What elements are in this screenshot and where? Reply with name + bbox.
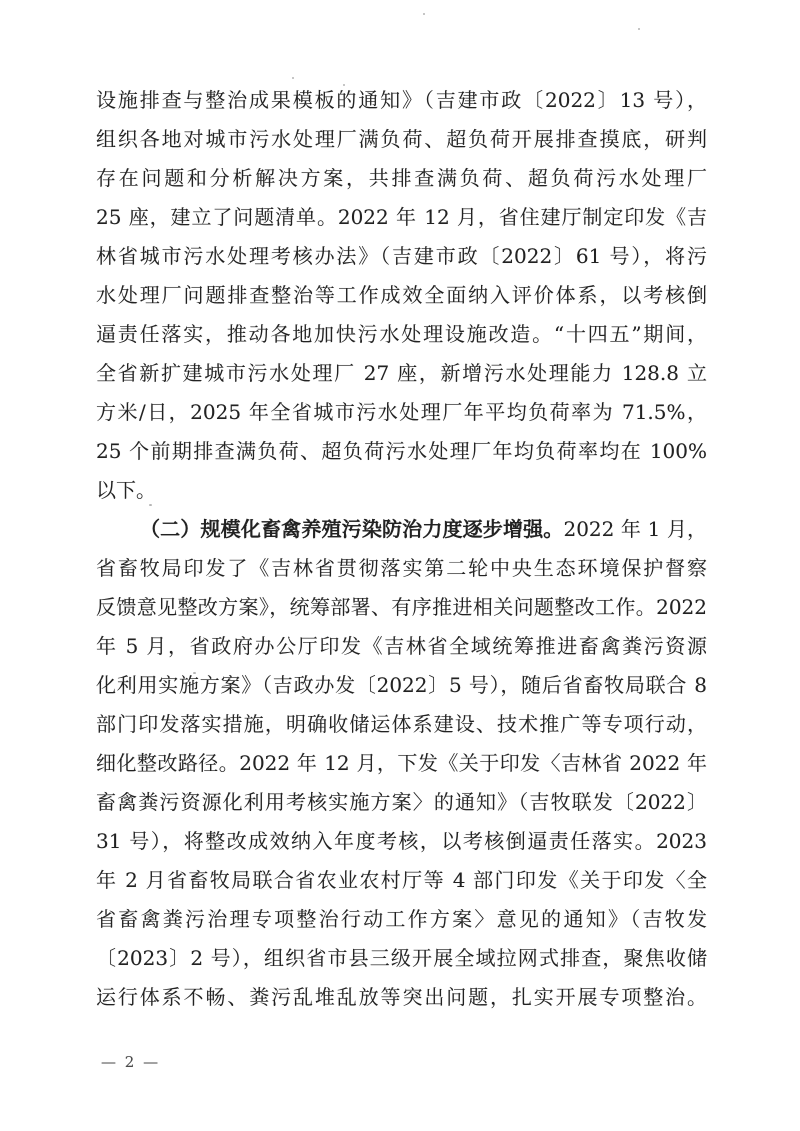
document-line: 反馈意见整改方案》，统筹部署、有序推进相关问题整改工作。2022 bbox=[96, 588, 707, 627]
document-line: 全省新扩建城市污水处理厂 27 座，新增污水处理能力 128.8 立 bbox=[96, 354, 707, 393]
text-segment: 设施排查与整治成果模板的通知》（吉建市政〔2022〕13 号）， bbox=[96, 88, 707, 112]
document-line: 逼责任落实，推动各地加快污水处理设施改造。“十四五”期间， bbox=[96, 315, 707, 354]
document-page: 设施排查与整治成果模板的通知》（吉建市政〔2022〕13 号），组织各地对城市污… bbox=[0, 0, 800, 1131]
document-line: 25 座，建立了问题清单。2022 年 12 月，省住建厅制定印发《吉 bbox=[96, 198, 707, 237]
page-number: — 2 — bbox=[101, 1049, 160, 1075]
text-segment: 省畜牧局印发了《吉林省贯彻落实第二轮中央生态环境保护督察 bbox=[96, 556, 707, 580]
document-line: 存在问题和分析解决方案，共排查满负荷、超负荷污水处理厂 bbox=[96, 159, 707, 198]
document-line: 畜禽粪污资源化利用考核实施方案〉的通知》（吉牧联发〔2022〕 bbox=[96, 783, 707, 822]
text-segment: 2022 年 1 月， bbox=[563, 517, 707, 541]
document-line: 31 号），将整改成效纳入年度考核，以考核倒逼责任落实。2023 bbox=[96, 822, 707, 861]
document-line: 25 个前期排查满负荷、超负荷污水处理厂年均负荷率均在 100% bbox=[96, 432, 707, 471]
text-segment: 组织各地对城市污水处理厂满负荷、超负荷开展排查摸底，研判 bbox=[96, 127, 707, 151]
text-segment: 细化整改路径。2022 年 12 月，下发《关于印发〈吉林省 2022 年 bbox=[96, 751, 707, 775]
text-segment: 运行体系不畅、粪污乱堆乱放等突出问题，扎实开展专项整治。 bbox=[96, 985, 707, 1009]
document-line: 细化整改路径。2022 年 12 月，下发《关于印发〈吉林省 2022 年 bbox=[96, 744, 707, 783]
document-line: 年 5 月，省政府办公厅印发《吉林省全域统筹推进畜禽粪污资源 bbox=[96, 627, 707, 666]
text-segment: 以下。 bbox=[96, 478, 156, 502]
document-line: 方米/日，2025 年全省城市污水处理厂年平均负荷率为 71.5%， bbox=[96, 393, 707, 432]
text-segment: 逼责任落实，推动各地加快污水处理设施改造。“十四五”期间， bbox=[96, 322, 707, 346]
text-segment: 25 个前期排查满负荷、超负荷污水处理厂年均负荷率均在 100% bbox=[96, 439, 707, 463]
document-line: 组织各地对城市污水处理厂满负荷、超负荷开展排查摸底，研判 bbox=[96, 120, 707, 159]
document-line: 省畜牧局印发了《吉林省贯彻落实第二轮中央生态环境保护督察 bbox=[96, 549, 707, 588]
text-segment: 反馈意见整改方案》，统筹部署、有序推进相关问题整改工作。2022 bbox=[96, 595, 707, 619]
document-line: 化利用实施方案》（吉政办发〔2022〕5 号），随后省畜牧局联合 8 bbox=[96, 666, 707, 705]
text-segment: 年 5 月，省政府办公厅印发《吉林省全域统筹推进畜禽粪污资源 bbox=[96, 634, 707, 658]
document-line: 林省城市污水处理考核办法》（吉建市政〔2022〕61 号），将污 bbox=[96, 237, 707, 276]
scan-speck bbox=[423, 13, 425, 15]
document-line: 部门印发落实措施，明确收储运体系建设、技术推广等专项行动， bbox=[96, 705, 707, 744]
document-line: 设施排查与整治成果模板的通知》（吉建市政〔2022〕13 号）， bbox=[96, 81, 707, 120]
heading-segment: （二）规模化畜禽养殖污染防治力度逐步增强。 bbox=[140, 517, 563, 541]
document-line: 以下。 bbox=[96, 471, 707, 510]
text-segment: 畜禽粪污资源化利用考核实施方案〉的通知》（吉牧联发〔2022〕 bbox=[96, 790, 707, 814]
scan-speck bbox=[638, 28, 640, 30]
document-line: （二）规模化畜禽养殖污染防治力度逐步增强。2022 年 1 月， bbox=[96, 510, 707, 549]
text-segment: 省畜禽粪污治理专项整治行动工作方案〉意见的通知》（吉牧发 bbox=[96, 907, 707, 931]
text-segment: 部门印发落实措施，明确收储运体系建设、技术推广等专项行动， bbox=[96, 712, 707, 736]
text-segment: 31 号），将整改成效纳入年度考核，以考核倒逼责任落实。2023 bbox=[96, 829, 707, 853]
document-line: 〔2023〕2 号），组织省市县三级开展全域拉网式排查，聚焦收储 bbox=[96, 939, 707, 978]
scan-speck bbox=[292, 77, 294, 79]
text-segment: 化利用实施方案》（吉政办发〔2022〕5 号），随后省畜牧局联合 8 bbox=[96, 673, 707, 697]
text-segment: 方米/日，2025 年全省城市污水处理厂年平均负荷率为 71.5%， bbox=[96, 400, 707, 424]
document-line: 水处理厂问题排查整治等工作成效全面纳入评价体系，以考核倒 bbox=[96, 276, 707, 315]
text-segment: 25 座，建立了问题清单。2022 年 12 月，省住建厅制定印发《吉 bbox=[96, 205, 707, 229]
document-line: 运行体系不畅、粪污乱堆乱放等突出问题，扎实开展专项整治。 bbox=[96, 978, 707, 1017]
document-line: 年 2 月省畜牧局联合省农业农村厅等 4 部门印发《关于印发〈全 bbox=[96, 861, 707, 900]
text-segment: 年 2 月省畜牧局联合省农业农村厅等 4 部门印发《关于印发〈全 bbox=[96, 868, 707, 892]
text-segment: 存在问题和分析解决方案，共排查满负荷、超负荷污水处理厂 bbox=[96, 166, 707, 190]
document-line: 省畜禽粪污治理专项整治行动工作方案〉意见的通知》（吉牧发 bbox=[96, 900, 707, 939]
text-segment: 全省新扩建城市污水处理厂 27 座，新增污水处理能力 128.8 立 bbox=[96, 361, 707, 385]
text-segment: 〔2023〕2 号），组织省市县三级开展全域拉网式排查，聚焦收储 bbox=[96, 946, 707, 970]
text-segment: 水处理厂问题排查整治等工作成效全面纳入评价体系，以考核倒 bbox=[96, 283, 707, 307]
document-text-block: 设施排查与整治成果模板的通知》（吉建市政〔2022〕13 号），组织各地对城市污… bbox=[96, 81, 707, 1017]
text-segment: 林省城市污水处理考核办法》（吉建市政〔2022〕61 号），将污 bbox=[96, 244, 707, 268]
